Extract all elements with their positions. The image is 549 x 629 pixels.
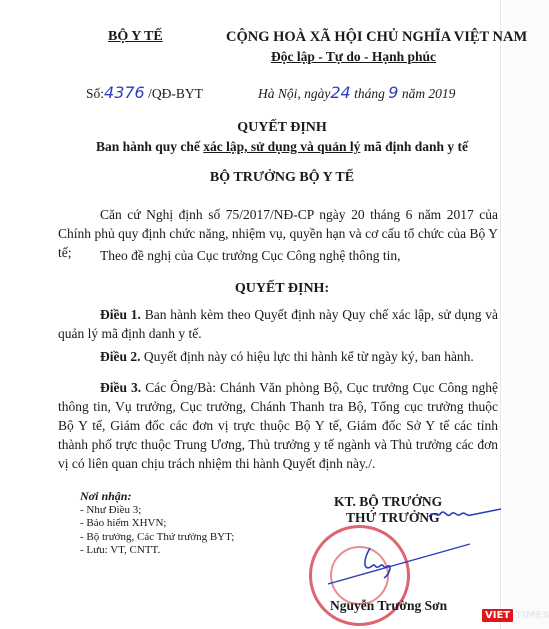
subtitle-underlined: xác lập, sử dụng và quản lý: [203, 139, 360, 154]
recipients-heading: Nơi nhận:: [80, 490, 234, 504]
doc-number-suffix: /QĐ-BYT: [145, 86, 203, 101]
page-edge: [500, 0, 501, 629]
doc-number-prefix: Số:: [86, 86, 104, 101]
national-motto: Độc lập - Tự do - Hạnh phúc: [271, 49, 436, 65]
signer-name: Nguyễn Trường Sơn: [330, 598, 447, 614]
ministry-name: BỘ Y TẾ: [108, 29, 163, 45]
place-prefix: Hà Nội, ngày: [258, 86, 330, 101]
document-title: QUYẾT ĐỊNH: [82, 120, 482, 136]
article-2: Điều 2. Quyết định này có hiệu lực thi h…: [58, 347, 498, 366]
recipient-item: - Bộ trưởng, Các Thứ trưởng BYT;: [80, 531, 234, 545]
article-3: Điều 3. Các Ông/Bà: Chánh Văn phòng Bộ, …: [58, 378, 498, 473]
recipients-block: Nơi nhận: - Như Điều 3; - Bảo hiểm XHVN;…: [80, 490, 234, 558]
preamble-text-2: Theo đề nghị của Cục trưởng Cục Công ngh…: [100, 248, 401, 263]
main-signature: [322, 540, 472, 590]
recipient-item: - Như Điều 3;: [80, 504, 234, 518]
page-margin-background: [503, 0, 549, 629]
decision-heading: QUYẾT ĐỊNH:: [82, 281, 482, 297]
preamble-paragraph: Theo đề nghị của Cục trưởng Cục Công ngh…: [58, 246, 498, 265]
article-label: Điều 1.: [100, 307, 141, 322]
subtitle-pre: Ban hành quy chế: [96, 139, 203, 154]
doc-number-handwritten: 4376: [104, 83, 145, 102]
month-handwritten: 9: [388, 83, 398, 102]
article-label: Điều 2.: [100, 349, 141, 364]
viettimes-watermark-logo: VIET TIMES: [482, 607, 549, 623]
recipient-item: - Lưu: VT, CNTT.: [80, 544, 234, 558]
document-subtitle: Ban hành quy chế xác lập, sử dụng và quả…: [82, 139, 482, 155]
subtitle-post: mã định danh y tế: [360, 139, 468, 154]
article-label: Điều 3.: [100, 380, 141, 395]
logo-brand-red: VIET: [482, 609, 513, 622]
article-text: Quyết định này có hiệu lực thi hành kể t…: [141, 349, 474, 364]
document-number: Số:4376 /QĐ-BYT: [86, 83, 203, 102]
recipient-item: - Bảo hiểm XHVN;: [80, 517, 234, 531]
initials-signature: [425, 505, 505, 525]
place-and-date: Hà Nội, ngày24 tháng 9 năm 2019: [258, 83, 455, 102]
year-label: năm 2019: [398, 86, 455, 101]
month-label: tháng: [351, 86, 389, 101]
issuing-authority: BỘ TRƯỞNG BỘ Y TẾ: [82, 170, 482, 186]
national-title: CỘNG HOÀ XÃ HỘI CHỦ NGHĨA VIỆT NAM: [226, 29, 527, 46]
article-1: Điều 1. Ban hành kèm theo Quyết định này…: [58, 305, 498, 343]
logo-brand-rest: TIMES: [515, 610, 549, 621]
day-handwritten: 24: [330, 83, 350, 102]
